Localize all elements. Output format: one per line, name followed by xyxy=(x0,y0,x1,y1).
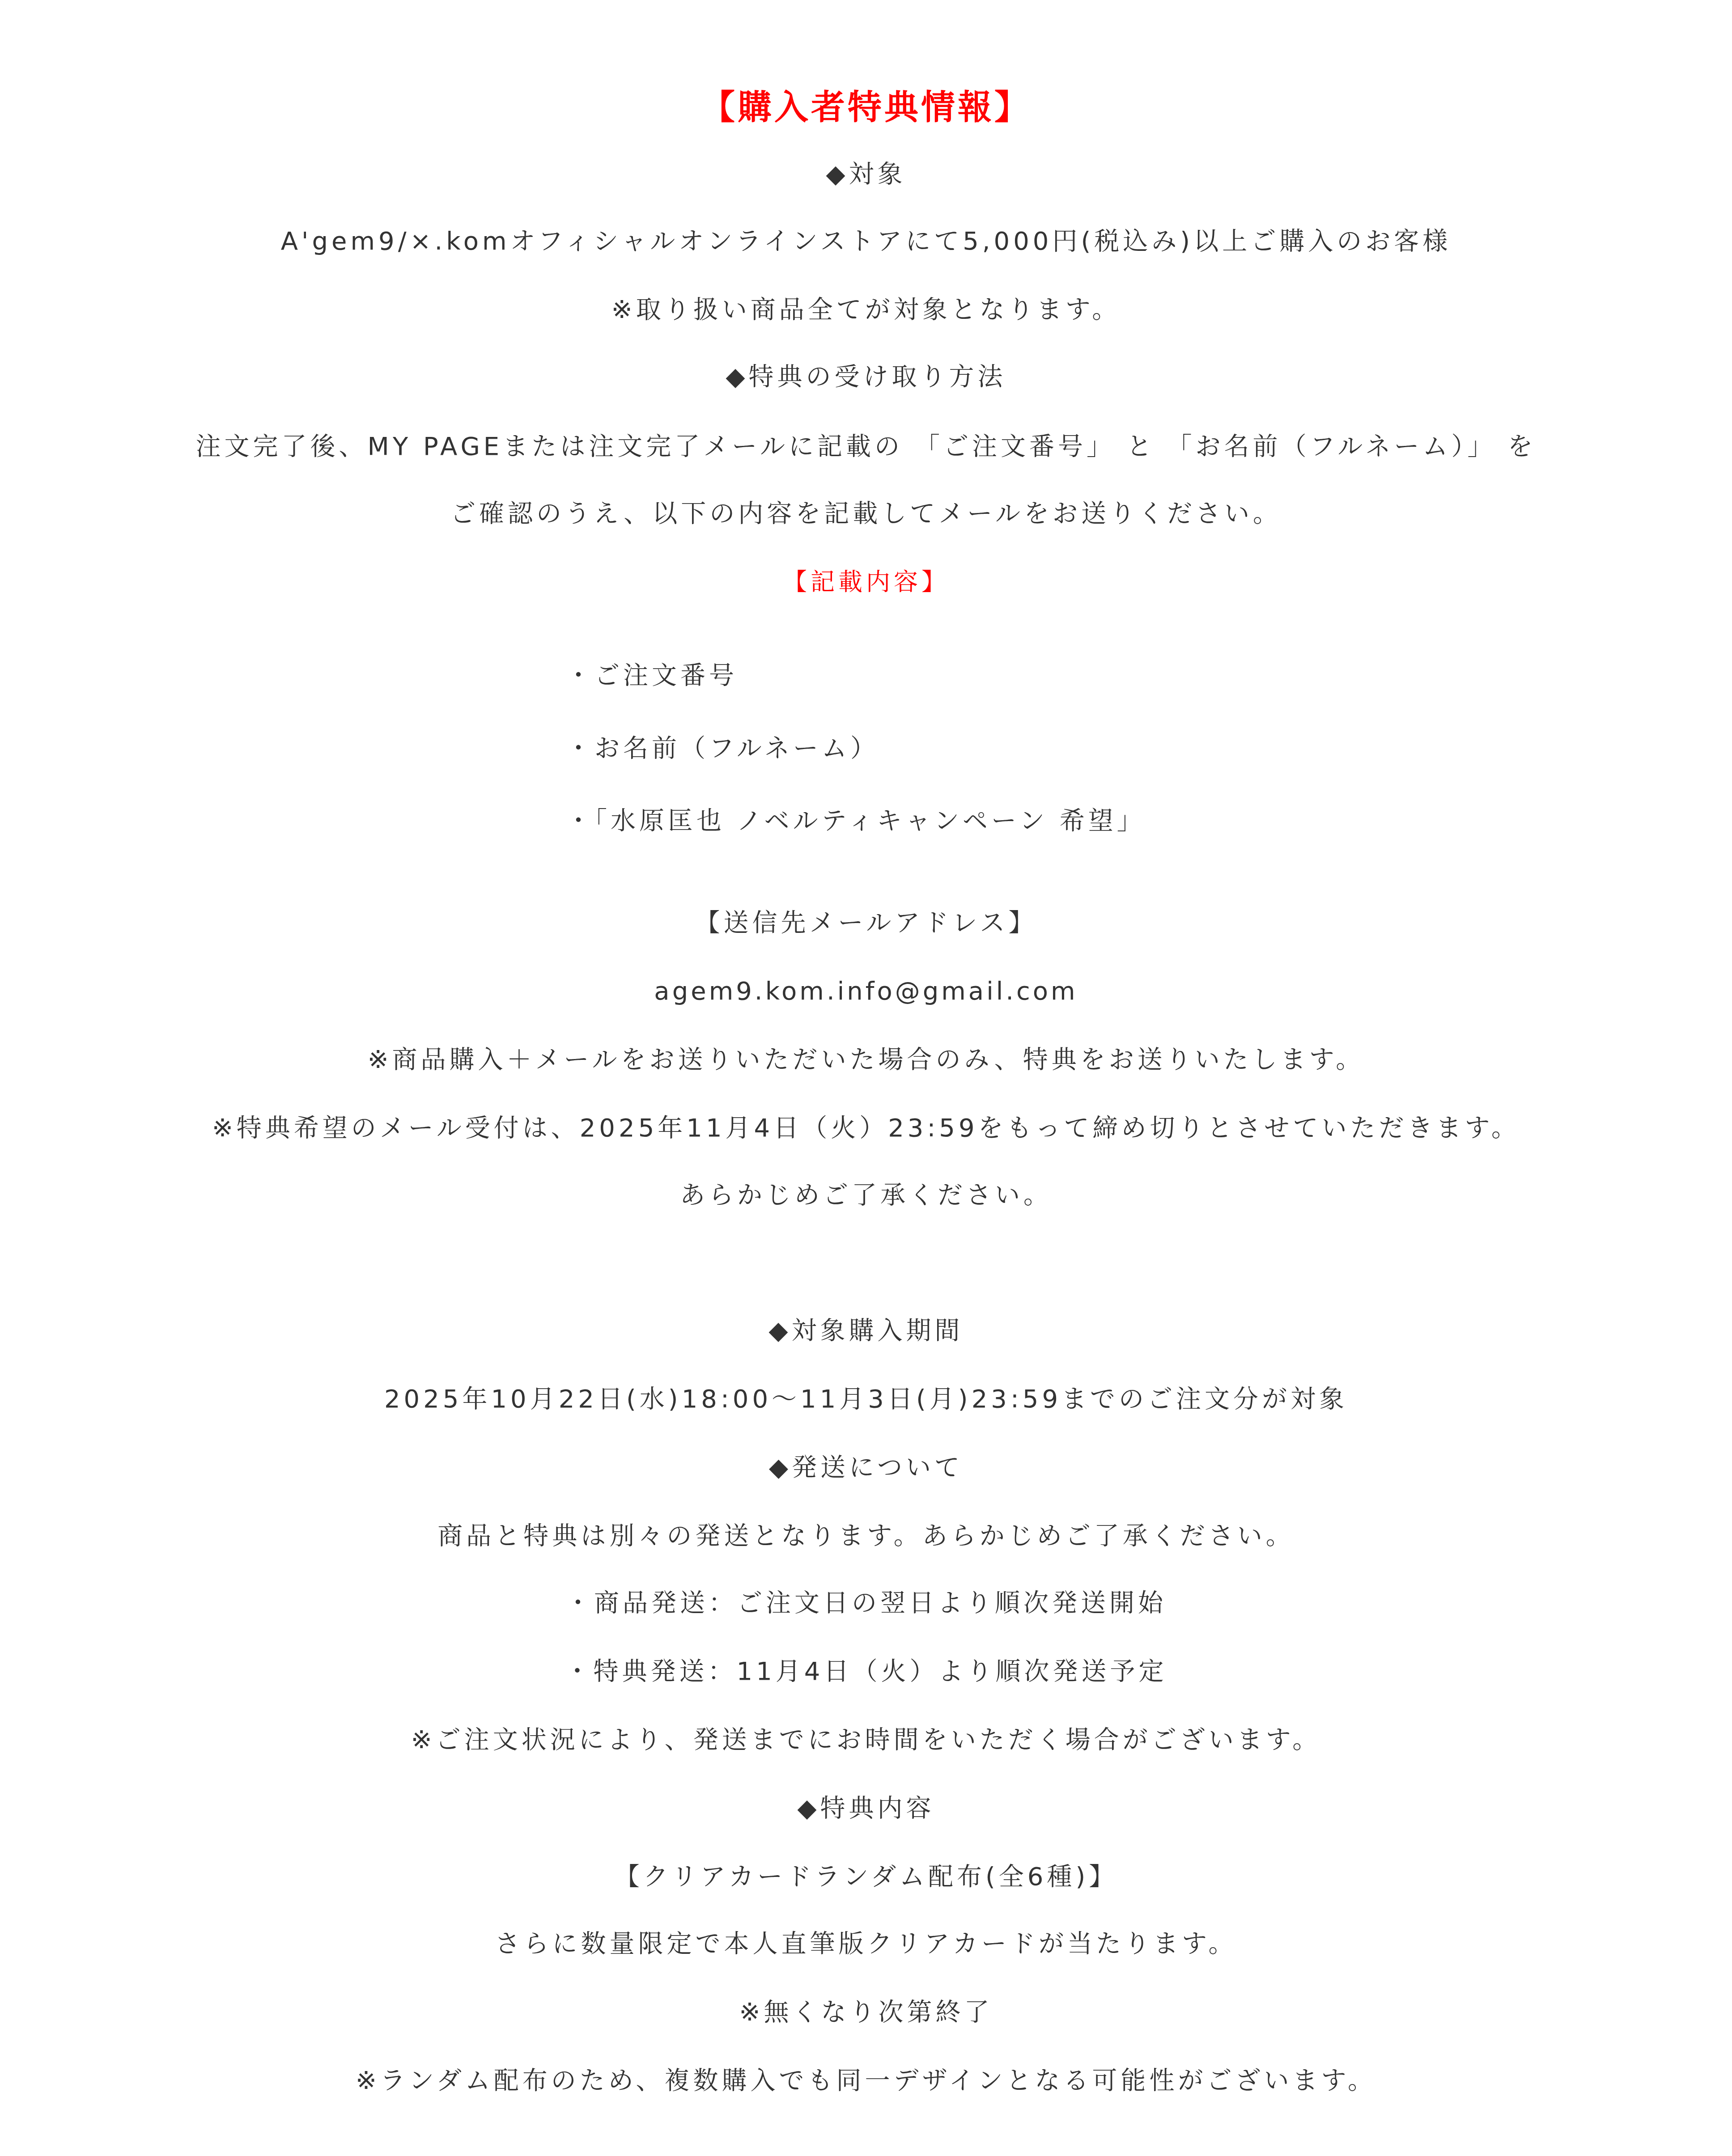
shipping-heading: ◆発送について xyxy=(0,1445,1732,1490)
benefit-line: さらに数量限定で本人直筆版クリアカードが当たります。 xyxy=(0,1922,1732,1966)
instructions-line-2: ご確認のうえ、以下の内容を記載してメールをお送りください。 xyxy=(0,491,1732,536)
benefit-heading: ◆特典内容 xyxy=(0,1786,1732,1831)
benefit-note-limited: ※無くなり次第終了 xyxy=(0,1990,1732,2035)
page-title: 【購入者特典情報】 xyxy=(0,80,1732,134)
note-purchase-and-mail: ※商品購入＋メールをお送りいただいた場合のみ、特典をお送りいたします。 xyxy=(0,1038,1732,1082)
target-note: ※取り扱い商品全てが対象となります。 xyxy=(0,288,1732,332)
email-label: 【送信先メールアドレス】 xyxy=(0,901,1732,945)
list-item-campaign-request: ・「水原匡也 ノベルティキャンペーン 希望」 xyxy=(0,799,1146,843)
benefit-name: 【クリアカードランダム配布(全6種)】 xyxy=(0,1855,1732,1899)
target-condition: A'gem9/×.komオフィシャルオンラインストアにて5,000円(税込み)以… xyxy=(0,219,1732,264)
note-acknowledge: あらかじめご了承ください。 xyxy=(0,1173,1732,1218)
shipping-note: ※ご注文状況により、発送までにお時間をいただく場合がございます。 xyxy=(0,1718,1732,1762)
target-heading: ◆対象 xyxy=(0,152,1732,197)
how-to-receive-heading: ◆特典の受け取り方法 xyxy=(0,355,1732,399)
list-item-full-name: ・お名前（フルネーム） xyxy=(0,726,879,771)
shipping-item-benefit: ・特典発送：11月4日（火）より順次発送予定 xyxy=(0,1649,1732,1694)
list-item-order-number: ・ご注文番号 xyxy=(0,653,738,698)
benefit-note-random: ※ランダム配布のため、複数購入でも同一デザインとなる可能性がございます。 xyxy=(0,2059,1732,2103)
note-deadline: ※特典希望のメール受付は、2025年11月4日（火）23:59をもって締め切りと… xyxy=(0,1106,1732,1151)
period-text: 2025年10月22日(水)18:00〜11月3日(月)23:59までのご注文分… xyxy=(0,1377,1732,1422)
period-heading: ◆対象購入期間 xyxy=(0,1309,1732,1353)
email-address-link[interactable]: agem9.kom.info@gmail.com xyxy=(0,969,1732,1014)
shipping-item-products: ・商品発送：ご注文日の翌日より順次発送開始 xyxy=(0,1581,1732,1626)
content-label: 【記載内容】 xyxy=(0,560,1732,605)
shipping-line: 商品と特典は別々の発送となります。あらかじめご了承ください。 xyxy=(0,1514,1732,1559)
instructions-line-1: 注文完了後、MY PAGEまたは注文完了メールに記載の 「ご注文番号」 と 「お… xyxy=(0,424,1732,469)
